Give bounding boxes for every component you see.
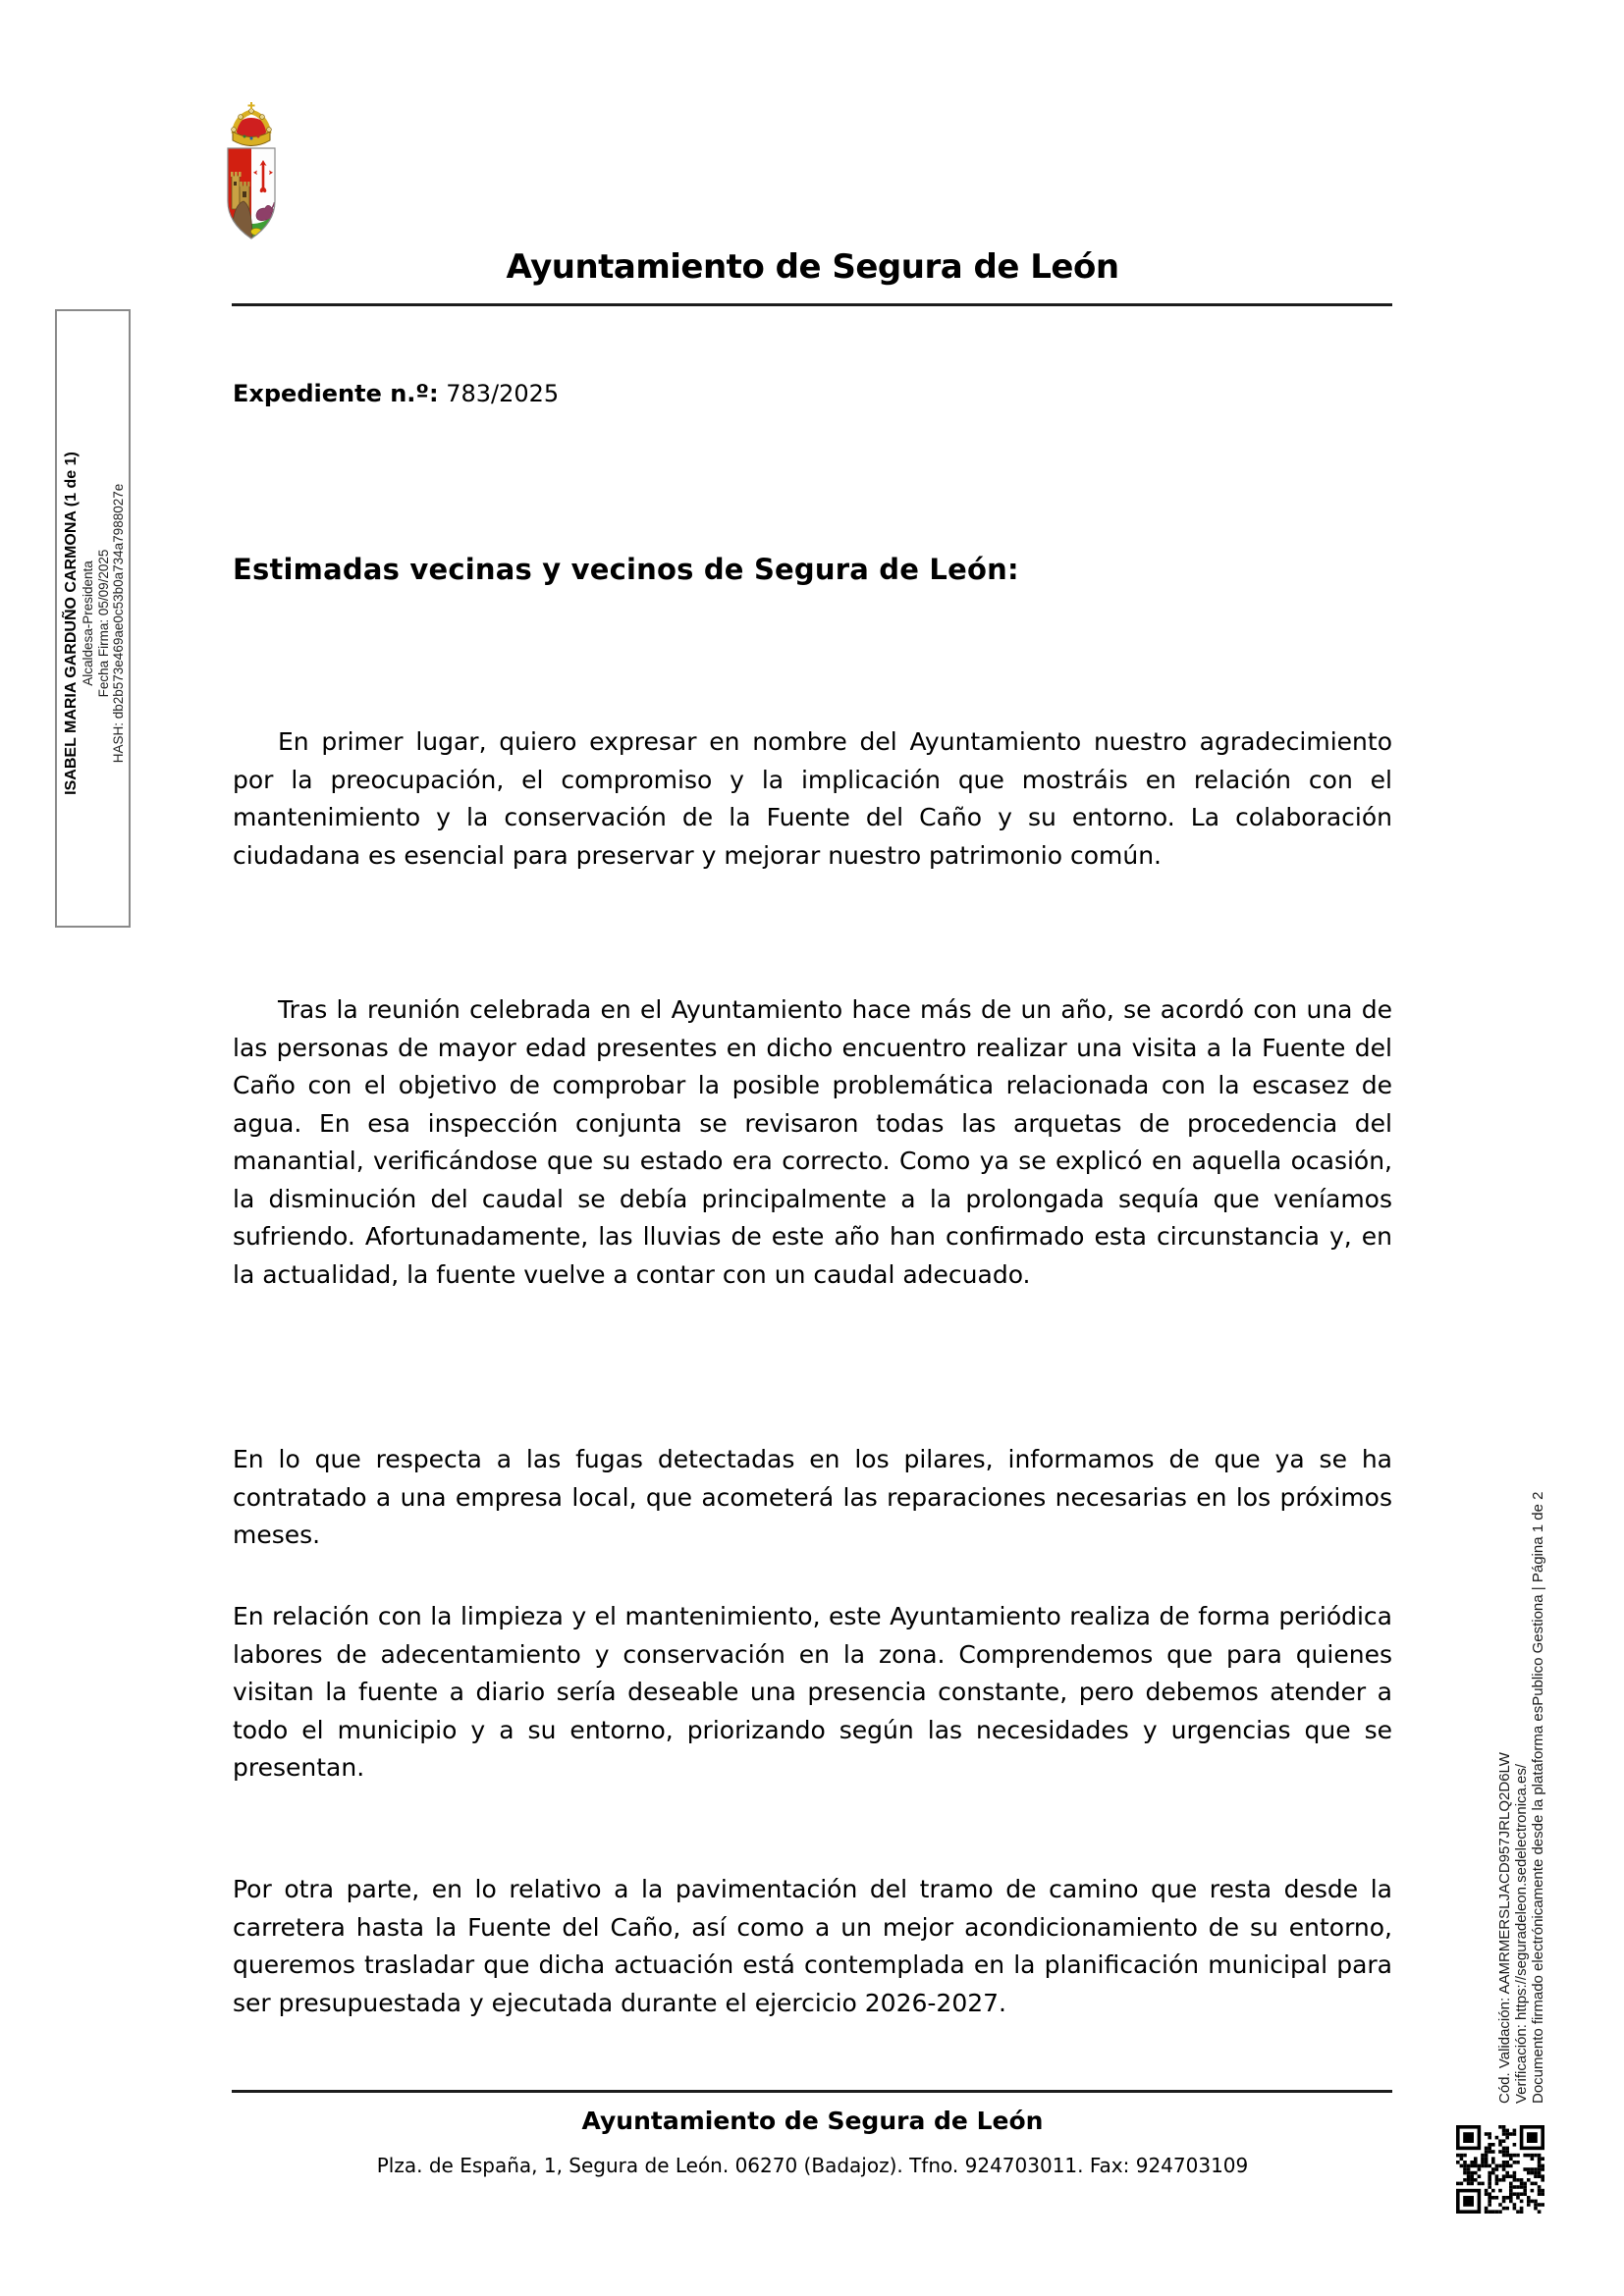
qr-code <box>1452 2121 1548 2217</box>
paragraph: En primer lugar, quiero expresar en nomb… <box>233 723 1392 875</box>
coat-of-arms-graphic <box>224 101 279 242</box>
qr-code-graphic <box>1452 2121 1548 2217</box>
paragraph: En lo que respecta a las fugas detectada… <box>233 1441 1392 1555</box>
paragraph: En relación con la limpieza y el manteni… <box>233 1598 1392 1788</box>
signer-role: Alcaldesa-Presidenta <box>81 330 96 917</box>
signer-name: ISABEL MARIA GARDUÑO CARMONA (1 de 1) <box>62 330 81 917</box>
signature-hash: HASH: db2b573e469ae0c53b0a734a7988027e <box>111 330 127 917</box>
shield-icon <box>228 148 275 242</box>
validation-code: Cód. Validación: AAMRMERSLJACD957JRLQ2D6… <box>1496 1401 1513 2104</box>
verification-url: Verificación: https://seguradeleon.sedel… <box>1513 1401 1530 2104</box>
expediente-line: Expediente n.º: 783/2025 <box>233 380 559 407</box>
paragraph: Tras la reunión celebrada en el Ayuntami… <box>233 991 1392 1294</box>
header-rule <box>232 303 1392 306</box>
document-page: { "document": { "header": { "title": "Ay… <box>0 0 1624 2296</box>
footer-title: Ayuntamiento de Segura de León <box>233 2107 1392 2135</box>
signature-stamp: ISABEL MARIA GARDUÑO CARMONA (1 de 1) Al… <box>62 330 127 917</box>
footer-address: Plza. de España, 1, Segura de León. 0627… <box>233 2154 1392 2177</box>
header-title: Ayuntamiento de Segura de León <box>233 247 1392 287</box>
signature-date: Fecha Firma: 05/09/2025 <box>96 330 112 917</box>
salutation: Estimadas vecinas y vecinos de Segura de… <box>233 553 1392 586</box>
platform-note: Documento firmado electrónicamente desde… <box>1530 1401 1546 2104</box>
coat-of-arms <box>224 101 279 242</box>
crown-icon <box>232 102 272 146</box>
expediente-label: Expediente n.º: <box>233 380 439 407</box>
expediente-value: 783/2025 <box>446 380 559 407</box>
validation-stamp: Cód. Validación: AAMRMERSLJACD957JRLQ2D6… <box>1496 1401 1546 2104</box>
footer-rule <box>232 2090 1392 2093</box>
paragraph: Por otra parte, en lo relativo a la pavi… <box>233 1871 1392 2022</box>
